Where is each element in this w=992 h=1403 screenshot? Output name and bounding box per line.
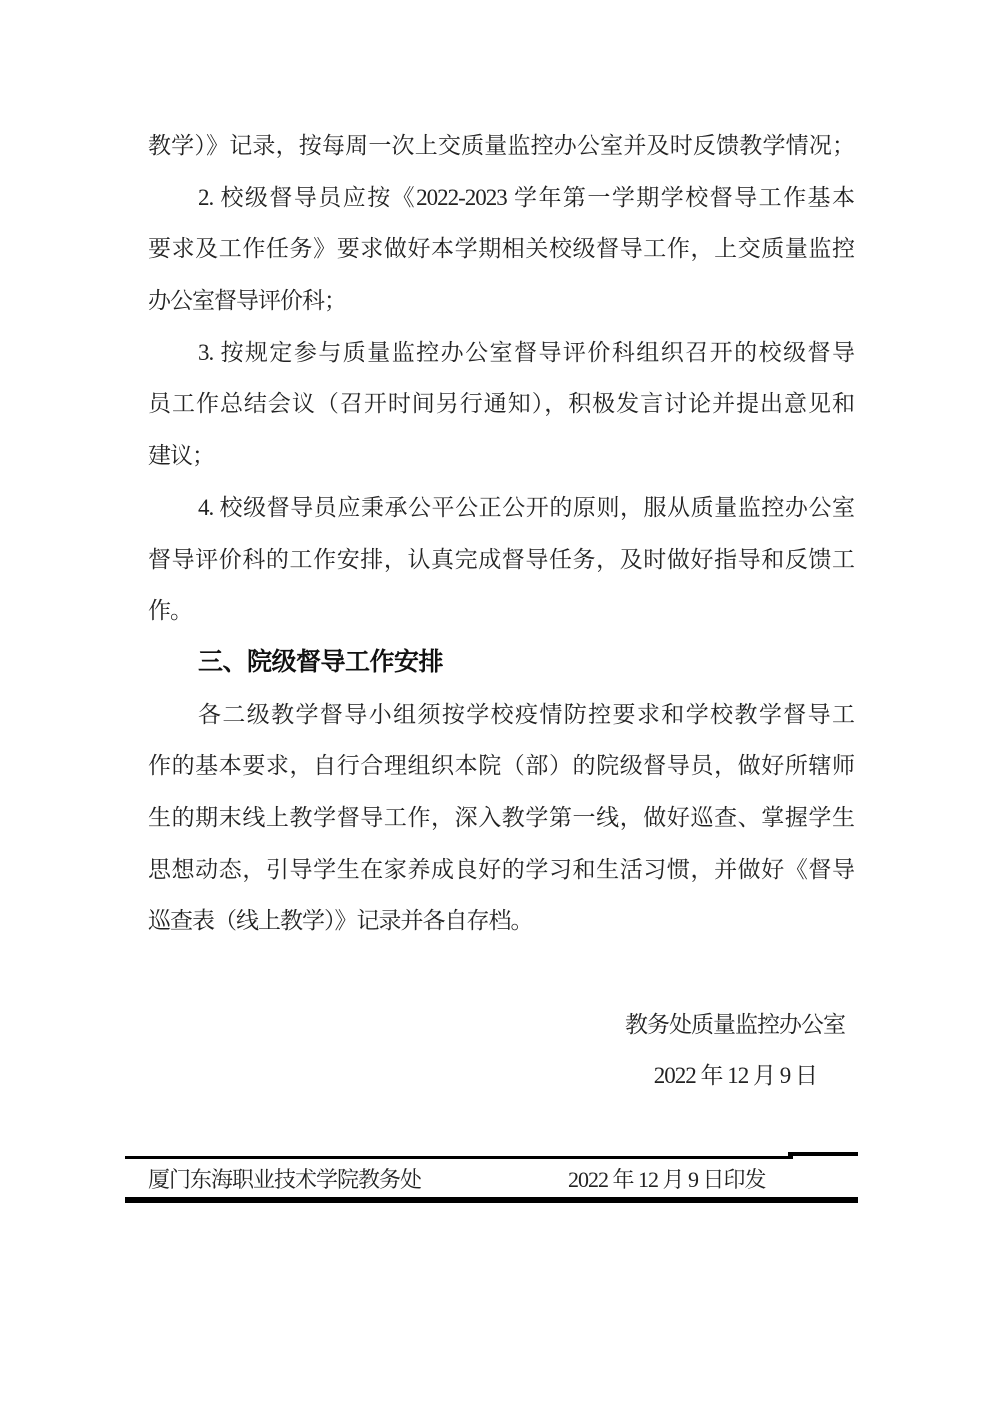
body-line: 2. 校级督导员应按《2022-2023 学年第一学期学校督导工作基本: [148, 172, 854, 224]
document-page: 教学）》记录，按每周一次上交质量监控办公室并及时反馈教学情况；2. 校级督导员应…: [0, 0, 992, 1403]
document-body: 教学）》记录，按每周一次上交质量监控办公室并及时反馈教学情况；2. 校级督导员应…: [148, 120, 854, 1102]
section-heading: 三、院级督导工作安排: [148, 637, 854, 689]
body-line: 4. 校级督导员应秉承公平公正公开的原则，服从质量监控办公室: [148, 482, 854, 534]
body-line: 办公室督导评价科；: [148, 275, 854, 327]
body-line: 员工作总结会议（召开时间另行通知），积极发言讨论并提出意见和: [148, 378, 854, 430]
blank-line: [148, 947, 854, 999]
body-line: 巡查表（线上教学）》记录并各自存档。: [148, 895, 854, 947]
footer-top-rule: [125, 1156, 793, 1160]
signature-office: 教务处质量监控办公室: [148, 999, 854, 1051]
body-line: 3. 按规定参与质量监控办公室督导评价科组织召开的校级督导: [148, 327, 854, 379]
body-line: 生的期末线上教学督导工作，深入教学第一线，做好巡查、掌握学生: [148, 792, 854, 844]
footer-bottom-rule: [125, 1197, 858, 1203]
footer-print-date: 2022 年 12 月 9 日印发: [568, 1160, 766, 1200]
body-line: 教学）》记录，按每周一次上交质量监控办公室并及时反馈教学情况；: [148, 120, 854, 172]
body-line: 各二级教学督导小组须按学校疫情防控要求和学校教学督导工: [148, 689, 854, 741]
body-line: 督导评价科的工作安排，认真完成督导任务，及时做好指导和反馈工: [148, 534, 854, 586]
body-line: 思想动态，引导学生在家养成良好的学习和生活习惯，并做好《督导: [148, 844, 854, 896]
signature-date: 2022 年 12 月 9 日: [148, 1050, 854, 1102]
footer-top-rule-right-segment: [788, 1152, 858, 1156]
body-line: 作。: [148, 585, 854, 637]
footer-row: 厦门东海职业技术学院教务处 2022 年 12 月 9 日印发: [0, 1160, 992, 1200]
body-line: 作的基本要求，自行合理组织本院（部）的院级督导员，做好所辖师: [148, 740, 854, 792]
footer-issuer: 厦门东海职业技术学院教务处: [148, 1160, 421, 1200]
body-line: 建议；: [148, 430, 854, 482]
body-line: 要求及工作任务》要求做好本学期相关校级督导工作，上交质量监控: [148, 223, 854, 275]
